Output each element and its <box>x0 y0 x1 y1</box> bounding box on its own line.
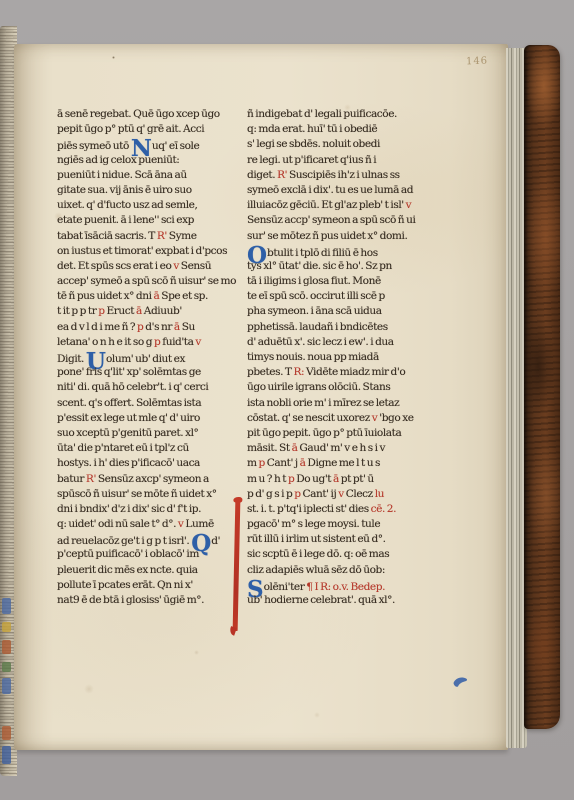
text-line: pphetissā. laudañ i bndicētes <box>247 320 447 335</box>
text-line: rūt illū i irlim ut sistent eū d°. <box>247 532 447 547</box>
text-line: gitate sua. vij ānis ē uiro suo <box>57 183 244 198</box>
illumination-fleck <box>2 622 11 632</box>
manuscript-book: 146 ā senē regebat. Quē ūgo xcep ūgopepi… <box>0 0 574 800</box>
text-line: pollute ī pcates erāt. Qn ni x' <box>57 578 244 593</box>
right-text-column: ñ indigebat d' legali puificacōe.q: mda … <box>247 107 447 608</box>
text-line: m p Cant' j ā Digne me l t u s <box>247 456 447 471</box>
text-line: accep' symeō a spū scō ñ uisur' se mo <box>57 274 244 289</box>
text-line: pha symeon. i āna scā uidua <box>247 304 447 319</box>
photograph-background: 146 ā senē regebat. Quē ūgo xcep ūgopepi… <box>0 0 574 800</box>
text-line: nat9 ē de btā i glosiss' ūgiē m°. <box>57 593 244 608</box>
text-line: ñ indigebat d' legali puificacōe. <box>247 107 447 122</box>
parchment-stain <box>84 684 94 694</box>
left-text-column: ā senē regebat. Quē ūgo xcep ūgopepit ūg… <box>57 107 244 608</box>
illumination-fleck <box>2 678 11 694</box>
text-line: on iustus et timorat' expbat i d'pcos <box>57 244 244 259</box>
text-line: q: uidet' odi nū sale t° d°. v Lumē <box>57 517 244 532</box>
text-line: ista nobli orie m' i mīrez se letaz <box>247 396 447 411</box>
illumination-fleck <box>2 726 11 740</box>
text-line: ea d v l d i me ñ ? p d's nr ā Su <box>57 320 244 335</box>
text-line: det. Et spūs scs erat i eo v Sensū <box>57 259 244 274</box>
text-line: Digit. Uolum' ub' diut ex <box>57 350 244 365</box>
parchment-stain <box>194 650 199 655</box>
text-line: st. i. t. p'tq'i iplecti st' dies cē. 2. <box>247 502 447 517</box>
text-line: pbetes. T R: Vidēte miadz mir d'o <box>247 365 447 380</box>
text-line: tā i iligims i glosa fiut. Monē <box>247 274 447 289</box>
text-line: ā senē regebat. Quē ūgo xcep ūgo <box>57 107 244 122</box>
text-line: dni i bndix' d'z i dix' sic d' f't ip. <box>57 502 244 517</box>
folio-number: 146 <box>466 56 488 68</box>
text-line: d' aduētū x'. sic lecz i ew'. i dua <box>247 335 447 350</box>
text-line: cliz adapiēs wluā sēz dō ūob: <box>247 563 447 578</box>
text-line: p d' g s i p p Cant' ij v Clecz lu <box>247 487 447 502</box>
text-line: batur R' Sensūz axcp' symeon a <box>57 472 244 487</box>
text-line: etate puenit. ā i lene'' sci exp <box>57 213 244 228</box>
text-line: tē ñ pus uidet x° dni ā Spe et sp. <box>57 289 244 304</box>
text-line: scent. q's offert. Solēmtas ista <box>57 396 244 411</box>
parchment-stain <box>112 56 115 59</box>
text-line: illuiacōz gēciū. Et gl'az pleb' t isl' v <box>247 198 447 213</box>
text-line: tys xl° ūtat' die. sic ē ho'. Sz pn <box>247 259 447 274</box>
text-line: niti' di. quā hō celebr't. i q' cerci <box>57 380 244 395</box>
text-line: pleuerit dic mēs ex ncte. quia <box>57 563 244 578</box>
text-line: symeō exclā i dix'. tu es ue lumā ad <box>247 183 447 198</box>
text-line: māsit. St ā Gaud' m' v e h s i v <box>247 441 447 456</box>
text-line: uixet. q' d'fucto usz ad semle, <box>57 198 244 213</box>
parchment-stain <box>314 712 320 718</box>
manuscript-page: 146 ā senē regebat. Quē ūgo xcep ūgopepi… <box>14 44 508 750</box>
text-line: pit ūgo pepit. ūgo p° ptū īuiolata <box>247 426 447 441</box>
illumination-fleck <box>2 662 11 672</box>
text-line: re legi. ut p'ificaret q'ius ñ i <box>247 153 447 168</box>
text-line: sur' se mōtez ñ pus uidet x° domi. <box>247 229 447 244</box>
blue-ink-mark <box>451 674 471 689</box>
illumination-fleck <box>2 598 11 614</box>
text-line: q: mda erat. huī' tū i obediē <box>247 122 447 137</box>
text-line: ad reuelacōz ge't i g p t isrl'. Qd' <box>57 532 244 547</box>
text-line: spūscō ñ uisur' se mōte ñ uidet x° <box>57 487 244 502</box>
text-line: ūgo uirile igrans olōciū. Stans <box>247 380 447 395</box>
text-line: suo xceptū p'genitū paret. xl° <box>57 426 244 441</box>
text-line: s' legi se sbdēs. noluit obedi <box>247 137 447 152</box>
text-line: ūta' die p'ntaret eū i tpl'z cū <box>57 441 244 456</box>
text-line: cōstat. q' se nescit uxorez v 'bgo xe <box>247 411 447 426</box>
text-line: diget. R' Suscipiēs ih'z i ulnas ss <box>247 168 447 183</box>
text-line: piēs symeō utō Nuq' eī sole <box>57 137 244 152</box>
text-line: pueniūt i nidue. Scā āna aū <box>57 168 244 183</box>
illumination-fleck <box>2 640 11 654</box>
text-line: ngiēs ad ig celox pueniūt: <box>57 153 244 168</box>
text-line: te eī spū scō. occirut illi scē p <box>247 289 447 304</box>
text-line: pone' fris q'lit' xp' solēmtas ge <box>57 365 244 380</box>
text-line: ub' hodierne celebrat'. quā xl°. <box>247 593 447 608</box>
text-line: tabat īsāciā sacris. T R' Syme <box>57 229 244 244</box>
text-line: hostys. i h' dies p'ificacō' uaca <box>57 456 244 471</box>
text-line: Solēni'ter ¶ I R: o.v. Bedep. <box>247 578 447 593</box>
text-line: Sensūz accp' symeon a spū scō ñ ui <box>247 213 447 228</box>
text-line: p'ceptū puificacō' i oblacō' im <box>57 547 244 562</box>
text-line: sic scptū ē i lege dō. q: oē mas <box>247 547 447 562</box>
text-line: pgacō' m° s lege moysi. tule <box>247 517 447 532</box>
text-line: m u ? h t p Do ug't ā pt pt' ū <box>247 472 447 487</box>
leather-cover-edge <box>524 45 560 729</box>
text-line: timys nouis. noua pp miadā <box>247 350 447 365</box>
text-line: t it p p tr p Eruct ā Adiuub' <box>57 304 244 319</box>
illumination-fleck <box>2 746 11 764</box>
text-line: Obtulit i tplō di filiū ē hos <box>247 244 447 259</box>
text-line: p'essit ex lege ut mle q' d' uiro <box>57 411 244 426</box>
